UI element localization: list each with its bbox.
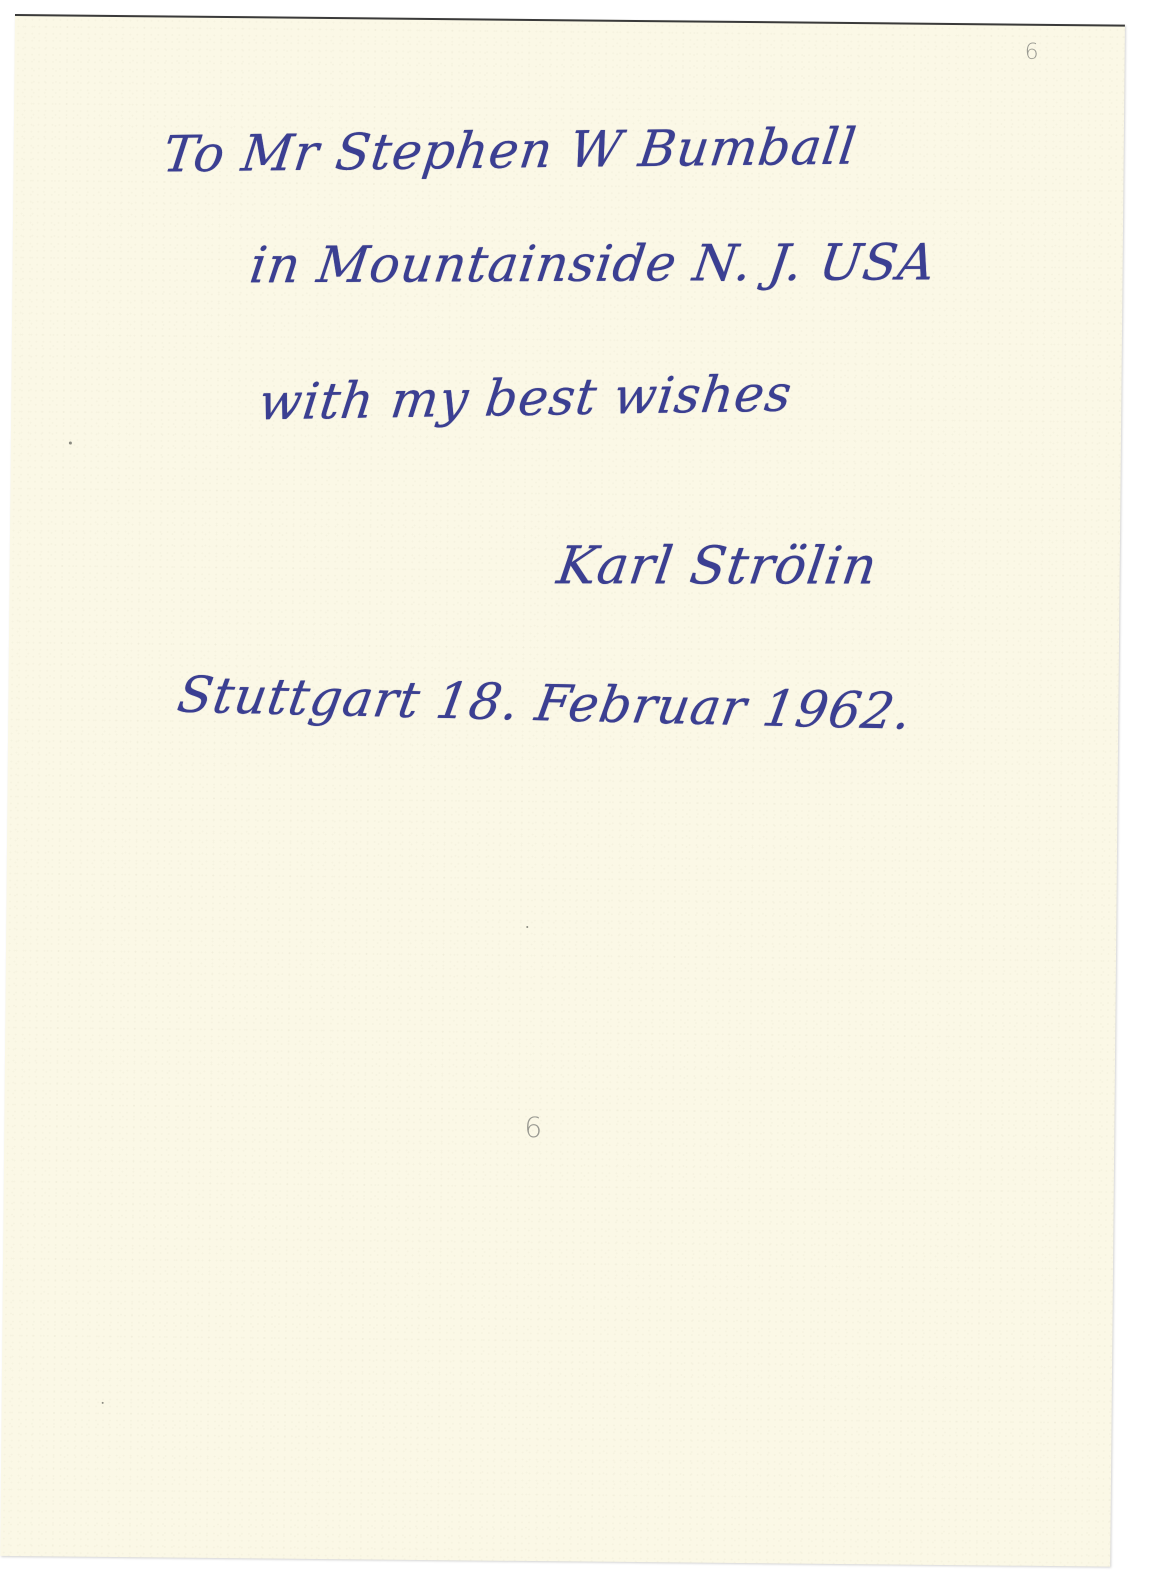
dedication-wishes-line: with my best wishes [256, 364, 796, 431]
paper-card: To Mr Stephen W Bumball in Mountainside … [0, 14, 1125, 1567]
dedication-location-line: in Mountainside N. J. USA [247, 233, 940, 294]
signature: Karl Strölin [553, 536, 881, 596]
pencil-page-number-top: 6 [1025, 40, 1039, 65]
paper-speck [526, 926, 528, 928]
dedication-recipient-line: To Mr Stephen W Bumball [160, 118, 860, 184]
pencil-page-number-center: 6 [524, 1111, 542, 1144]
paper-speck [69, 442, 72, 445]
place-date-line: Stuttgart 18. Februar 1962. [174, 666, 917, 741]
paper-speck [102, 1402, 104, 1404]
